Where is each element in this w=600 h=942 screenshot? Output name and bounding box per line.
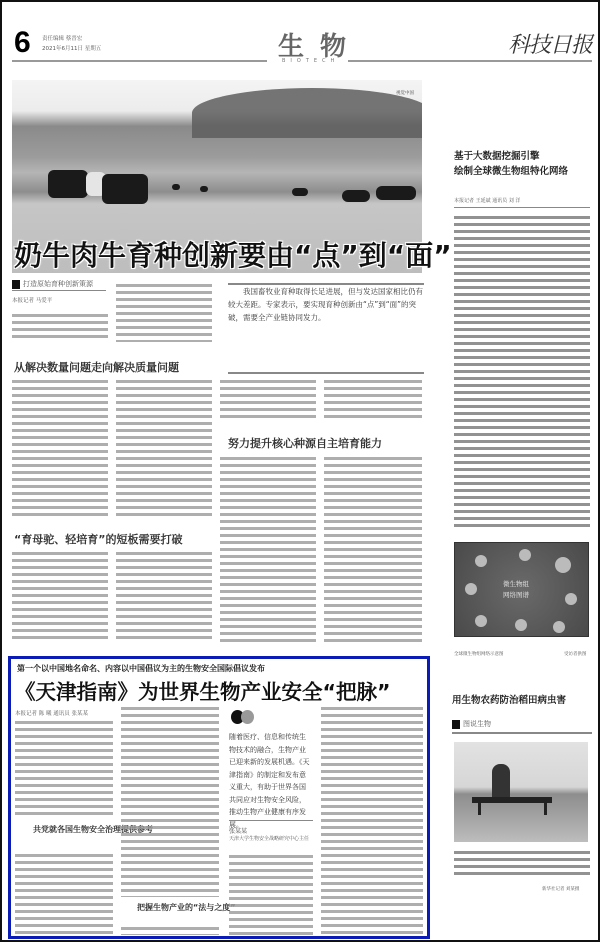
section-subtitle: BIOTECH [282,58,339,64]
drone-photo[interactable] [454,742,588,842]
newspaper-logo: 科技日报 [508,28,592,59]
article-text [12,314,108,342]
right-article-text [454,216,590,528]
feature-title[interactable]: 《天津指南》为世界生物产业安全“把脉” [15,675,390,705]
newspaper-page: 6 责任编辑 蔡晋宏 2021年6月11日 星期五 生物 BIOTECH 科技日… [0,0,600,942]
section-marker-icon [452,720,460,729]
photo-caption-text [454,851,590,879]
article-text [116,284,212,342]
column-label: 打造原始育种创新策源 [12,279,93,289]
editor-line: 责任编辑 蔡晋宏 [42,34,82,42]
lead-byline: 本报记者 马爱平 [12,296,52,304]
date-line: 2021年6月11日 星期五 [42,44,101,52]
subhead-2: “育母驼、轻培育”的短板需要打破 [14,531,182,547]
feature-kicker: 第一个以中国地名命名、内容以中国倡议为主的生物安全国际倡议发布 [17,663,265,674]
right-headline-2[interactable]: 用生物农药防治稻田病虫害 [452,692,566,706]
lead-intro: 我国畜牧业育种取得长足进展，但与发达国家相比仍有较大差距。专家表示，要实现育种创… [228,285,424,324]
masthead: 6 责任编辑 蔡晋宏 2021年6月11日 星期五 生物 BIOTECH 科技日… [10,10,594,60]
quote-marks-icon [231,709,254,728]
photo-credit: 视觉中国 [396,90,414,96]
right-headline[interactable]: 基于大数据挖掘引擎 绘制全球微生物组特化网络 [454,149,568,179]
microbiome-illustration[interactable]: 微生物组 网络图谱 [454,542,589,637]
illustration-caption: 全球微生物组网络示意图 [454,651,504,657]
feature-article-box: 第一个以中国地名命名、内容以中国倡议为主的生物安全国际倡议发布 《天津指南》为世… [8,656,430,939]
quote-author: 张某某 [229,826,247,835]
lead-headline[interactable]: 奶牛肉牛育种创新要由“点”到“面” [14,234,452,274]
masthead-rule-right [348,60,592,62]
photo-news-label: 图说生物 [452,719,491,729]
cow-figure [48,170,88,198]
quote-author-title: 天津大学生物安全战略研究中心主任 [229,835,309,842]
subhead-1: 从解决数量问题走向解决质量问题 [14,359,179,375]
illustration-credit: 受访者供图 [564,651,587,657]
masthead-rule-left [12,60,267,62]
photo2-credit: 新华社记者 刘某摄 [542,886,579,892]
page-number: 6 [14,28,31,58]
feature-subhead-2: 把握生物产业的“法与之度” [137,902,236,913]
pull-quote: 随着医疗、信息和传统生物技术的融合，生物产业已迎来新的发展机遇。《天津指南》的制… [229,731,311,831]
feature-byline: 本报记者 陈 曦 通讯员 张某某 [15,709,88,717]
subhead-3: 努力提升核心种源自主培育能力 [228,435,382,451]
section-marker-icon [12,280,20,289]
right-byline: 本报记者 王延斌 通讯员 刘 洋 [454,197,520,204]
